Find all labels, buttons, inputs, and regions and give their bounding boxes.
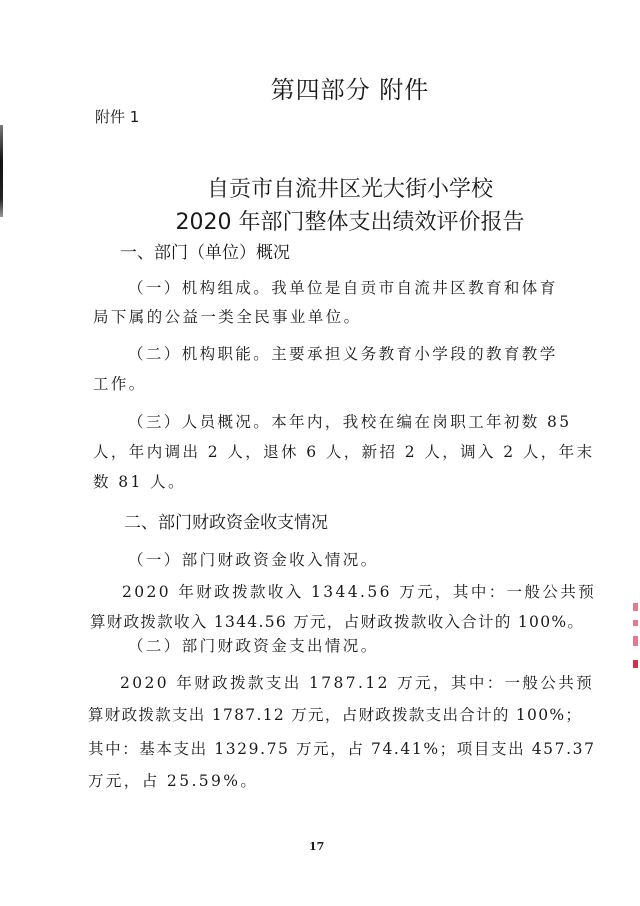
paragraph-line: （二）部门财政资金支出情况。 [128,634,379,656]
attachment-label: 附件 1 [95,106,139,127]
page-number: 17 [309,840,324,853]
paragraph-line: 2020 年财政拨款支出 1787.12 万元，其中：一般公共预 [120,671,594,693]
stamp-fragment [633,660,638,668]
scan-edge-shadow [0,125,3,217]
paragraph-line: （二）机构职能。主要承担义务教育小学段的教育教学 [128,342,558,364]
paragraph-line: 算财政拨款支出 1787.12 万元，占财政拨款支出合计的 100%； [88,703,582,725]
report-title-line2: 2020 年部门整体支出绩效评价报告 [0,205,640,236]
paragraph-line: （三）人员概况。本年内，我校在编在岗职工年初数 85 [128,410,572,432]
part-title: 第四部分 附件 [0,70,640,105]
section-heading-2: 二、部门财政资金收支情况 [124,508,328,533]
paragraph-line: 数 81 人。 [93,470,186,492]
section-heading-1: 一、部门（单位）概况 [120,238,290,263]
paragraph-line: （一）部门财政资金收入情况。 [128,548,379,570]
paragraph-line: 人，年内调出 2 人，退休 6 人，新招 2 人，调入 2 人，年末 [93,440,594,462]
report-title-line1: 自贡市自流井区光大街小学校 [0,172,640,203]
stamp-fragment [633,620,638,626]
paragraph-line: 局下属的公益一类全民事业单位。 [93,305,362,327]
paragraph-line: 2020 年财政拨款收入 1344.56 万元，其中：一般公共预 [122,580,596,602]
paragraph-line: 算财政拨款收入 1344.56 万元，占财政拨款收入合计的 100%。 [90,610,584,632]
paragraph-line: 其中：基本支出 1329.75 万元，占 74.41%；项目支出 457.37 [88,737,596,759]
stamp-fragment [633,636,638,646]
paragraph-line: 万元，占 25.59%。 [88,769,258,791]
stamp-fragment [633,603,638,611]
paragraph-line: （一）机构组成。我单位是自贡市自流井区教育和体育 [128,276,558,298]
paragraph-line: 工作。 [93,372,147,394]
